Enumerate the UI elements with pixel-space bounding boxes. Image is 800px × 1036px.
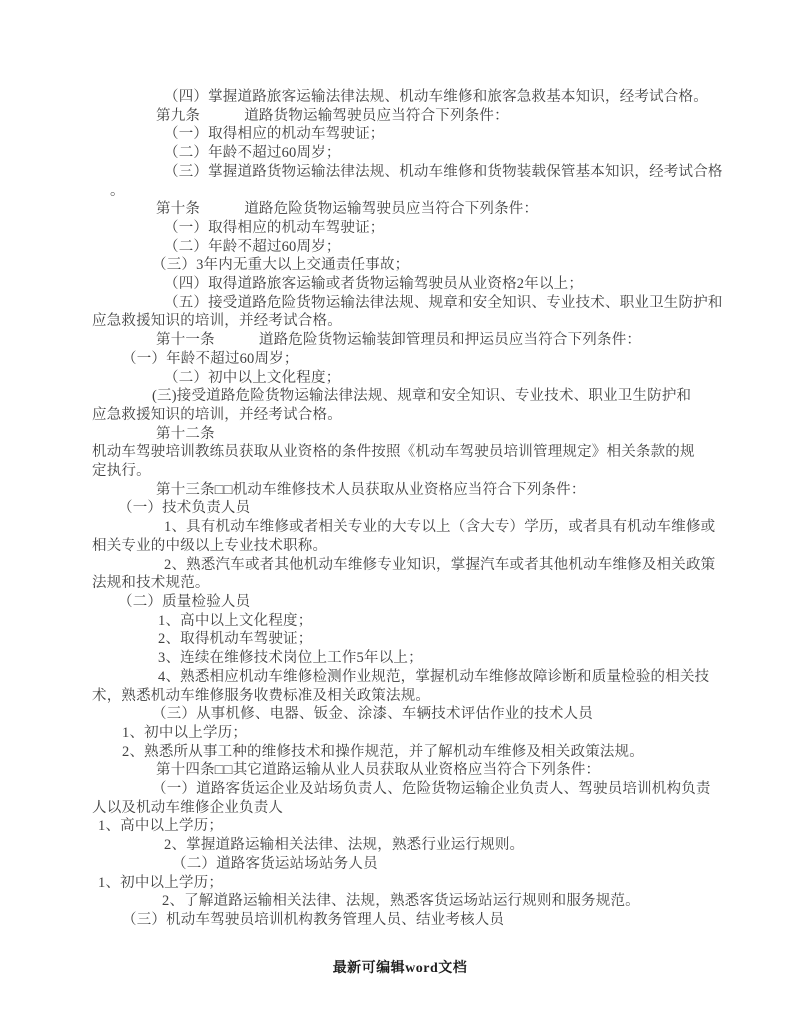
doc-line: 人以及机动车维修企业负责人 <box>92 799 752 818</box>
doc-line: 2、掌握道路运输相关法律、法规，熟悉行业运行规则。 <box>92 836 752 855</box>
doc-line: 3、连续在维修技术岗位上工作5年以上； <box>92 649 752 668</box>
doc-line: 机动车驾驶培训教练员获取从业资格的条件按照《机动车驾驶员培训管理规定》相关条款的… <box>92 443 752 462</box>
doc-line: （二）年龄不超过60周岁； <box>92 238 752 257</box>
doc-line: 。 <box>92 182 752 201</box>
doc-line: （一）道路客货运企业及站场负责人、危险货物运输企业负责人、驾驶员培训机构负责 <box>92 780 752 799</box>
doc-line: 1、高中以上学历； <box>92 817 752 836</box>
doc-line: （一）技术负责人员 <box>92 499 752 518</box>
doc-line: （二）年龄不超过60周岁； <box>92 144 752 163</box>
doc-line: 第十条 道路危险货物运输驾驶员应当符合下列条件： <box>92 200 752 219</box>
doc-line: (三)接受道路危险货物运输法律法规、规章和安全知识、专业技术、职业卫生防护和 <box>92 387 752 406</box>
doc-line: 1、初中以上学历； <box>92 724 752 743</box>
doc-line: （三）3年内无重大以上交通责任事故； <box>92 256 752 275</box>
doc-line: 2、熟悉所从事工种的维修技术和操作规范，并了解机动车维修及相关政策法规。 <box>92 743 752 762</box>
doc-line: 2、熟悉汽车或者其他机动车维修专业知识，掌握汽车或者其他机动车维修及相关政策 <box>92 556 752 575</box>
doc-line: （五）接受道路危险货物运输法律法规、规章和安全知识、专业技术、职业卫生防护和 <box>92 294 752 313</box>
doc-line: （一）年龄不超过60周岁； <box>92 350 752 369</box>
doc-line: 相关专业的中级以上专业技术职称。 <box>92 537 752 556</box>
doc-line: 第十三条□□机动车维修技术人员获取从业资格应当符合下列条件： <box>92 481 752 500</box>
doc-line: 第十一条 道路危险货物运输装卸管理员和押运员应当符合下列条件： <box>92 331 752 350</box>
doc-line: 1、具有机动车维修或者相关专业的大专以上（含大专）学历，或者具有机动车维修或 <box>92 518 752 537</box>
doc-line: 2、取得机动车驾驶证； <box>92 630 752 649</box>
doc-line: （二）质量检验人员 <box>92 593 752 612</box>
doc-line: 2、了解道路运输相关法律、法规，熟悉客货运场站运行规则和服务规范。 <box>92 892 752 911</box>
doc-line: （四）掌握道路旅客运输法律法规、机动车维修和旅客急救基本知识，经考试合格。 <box>92 88 752 107</box>
doc-line: （三）掌握道路货物运输法律法规、机动车维修和货物装载保管基本知识，经考试合格 <box>92 163 752 182</box>
doc-line: 4、熟悉相应机动车维修检测作业规范，掌握机动车维修故障诊断和质量检验的相关技 <box>92 668 752 687</box>
doc-line: 1、初中以上学历； <box>92 874 752 893</box>
doc-line: 术，熟悉机动车维修服务收费标准及相关政策法规。 <box>92 687 752 706</box>
doc-line: 第十四条□□其它道路运输从业人员获取从业资格应当符合下列条件： <box>92 761 752 780</box>
doc-line: 应急救援知识的培训，并经考试合格。 <box>92 406 752 425</box>
doc-line: （二）道路客货运站场站务人员 <box>92 855 752 874</box>
document-body: （四）掌握道路旅客运输法律法规、机动车维修和旅客急救基本知识，经考试合格。第九条… <box>92 88 752 930</box>
document-footer: 最新可编辑word文档 <box>0 957 800 977</box>
doc-line: 定执行。 <box>92 462 752 481</box>
doc-line: （一）取得相应的机动车驾驶证； <box>92 125 752 144</box>
doc-line: 第九条 道路货物运输驾驶员应当符合下列条件： <box>92 107 752 126</box>
doc-line: 应急救援知识的培训，并经考试合格。 <box>92 312 752 331</box>
doc-line: （三）从事机修、电器、钣金、涂漆、车辆技术评估作业的技术人员 <box>92 705 752 724</box>
doc-line: 1、高中以上文化程度； <box>92 612 752 631</box>
doc-line: （二）初中以上文化程度； <box>92 369 752 388</box>
doc-line: 法规和技术规范。 <box>92 574 752 593</box>
doc-line: （一）取得相应的机动车驾驶证； <box>92 219 752 238</box>
document-page: （四）掌握道路旅客运输法律法规、机动车维修和旅客急救基本知识，经考试合格。第九条… <box>0 0 800 1036</box>
doc-line: 第十二条 <box>92 425 752 444</box>
doc-line: （三）机动车驾驶员培训机构教务管理人员、结业考核人员 <box>92 911 752 930</box>
doc-line: （四）取得道路旅客运输或者货物运输驾驶员从业资格2年以上； <box>92 275 752 294</box>
